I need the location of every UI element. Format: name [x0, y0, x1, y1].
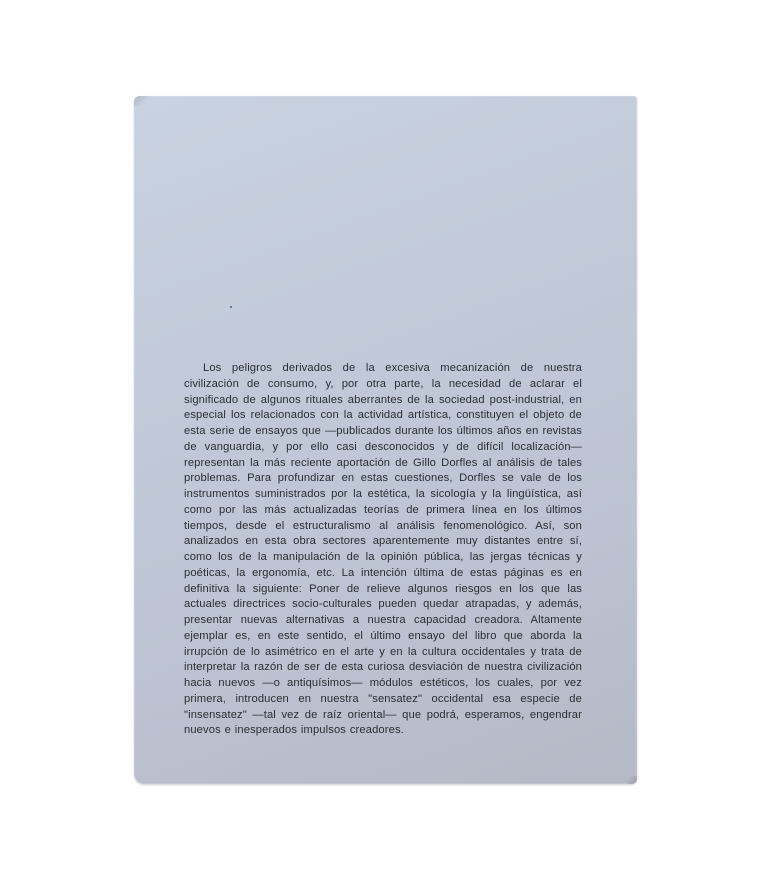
book-back-cover: Los peligros derivados de la excesiva me… [134, 96, 637, 784]
print-speck [230, 306, 232, 308]
photo-background: Los peligros derivados de la excesiva me… [0, 0, 768, 884]
back-cover-blurb: Los peligros derivados de la excesiva me… [184, 361, 582, 739]
